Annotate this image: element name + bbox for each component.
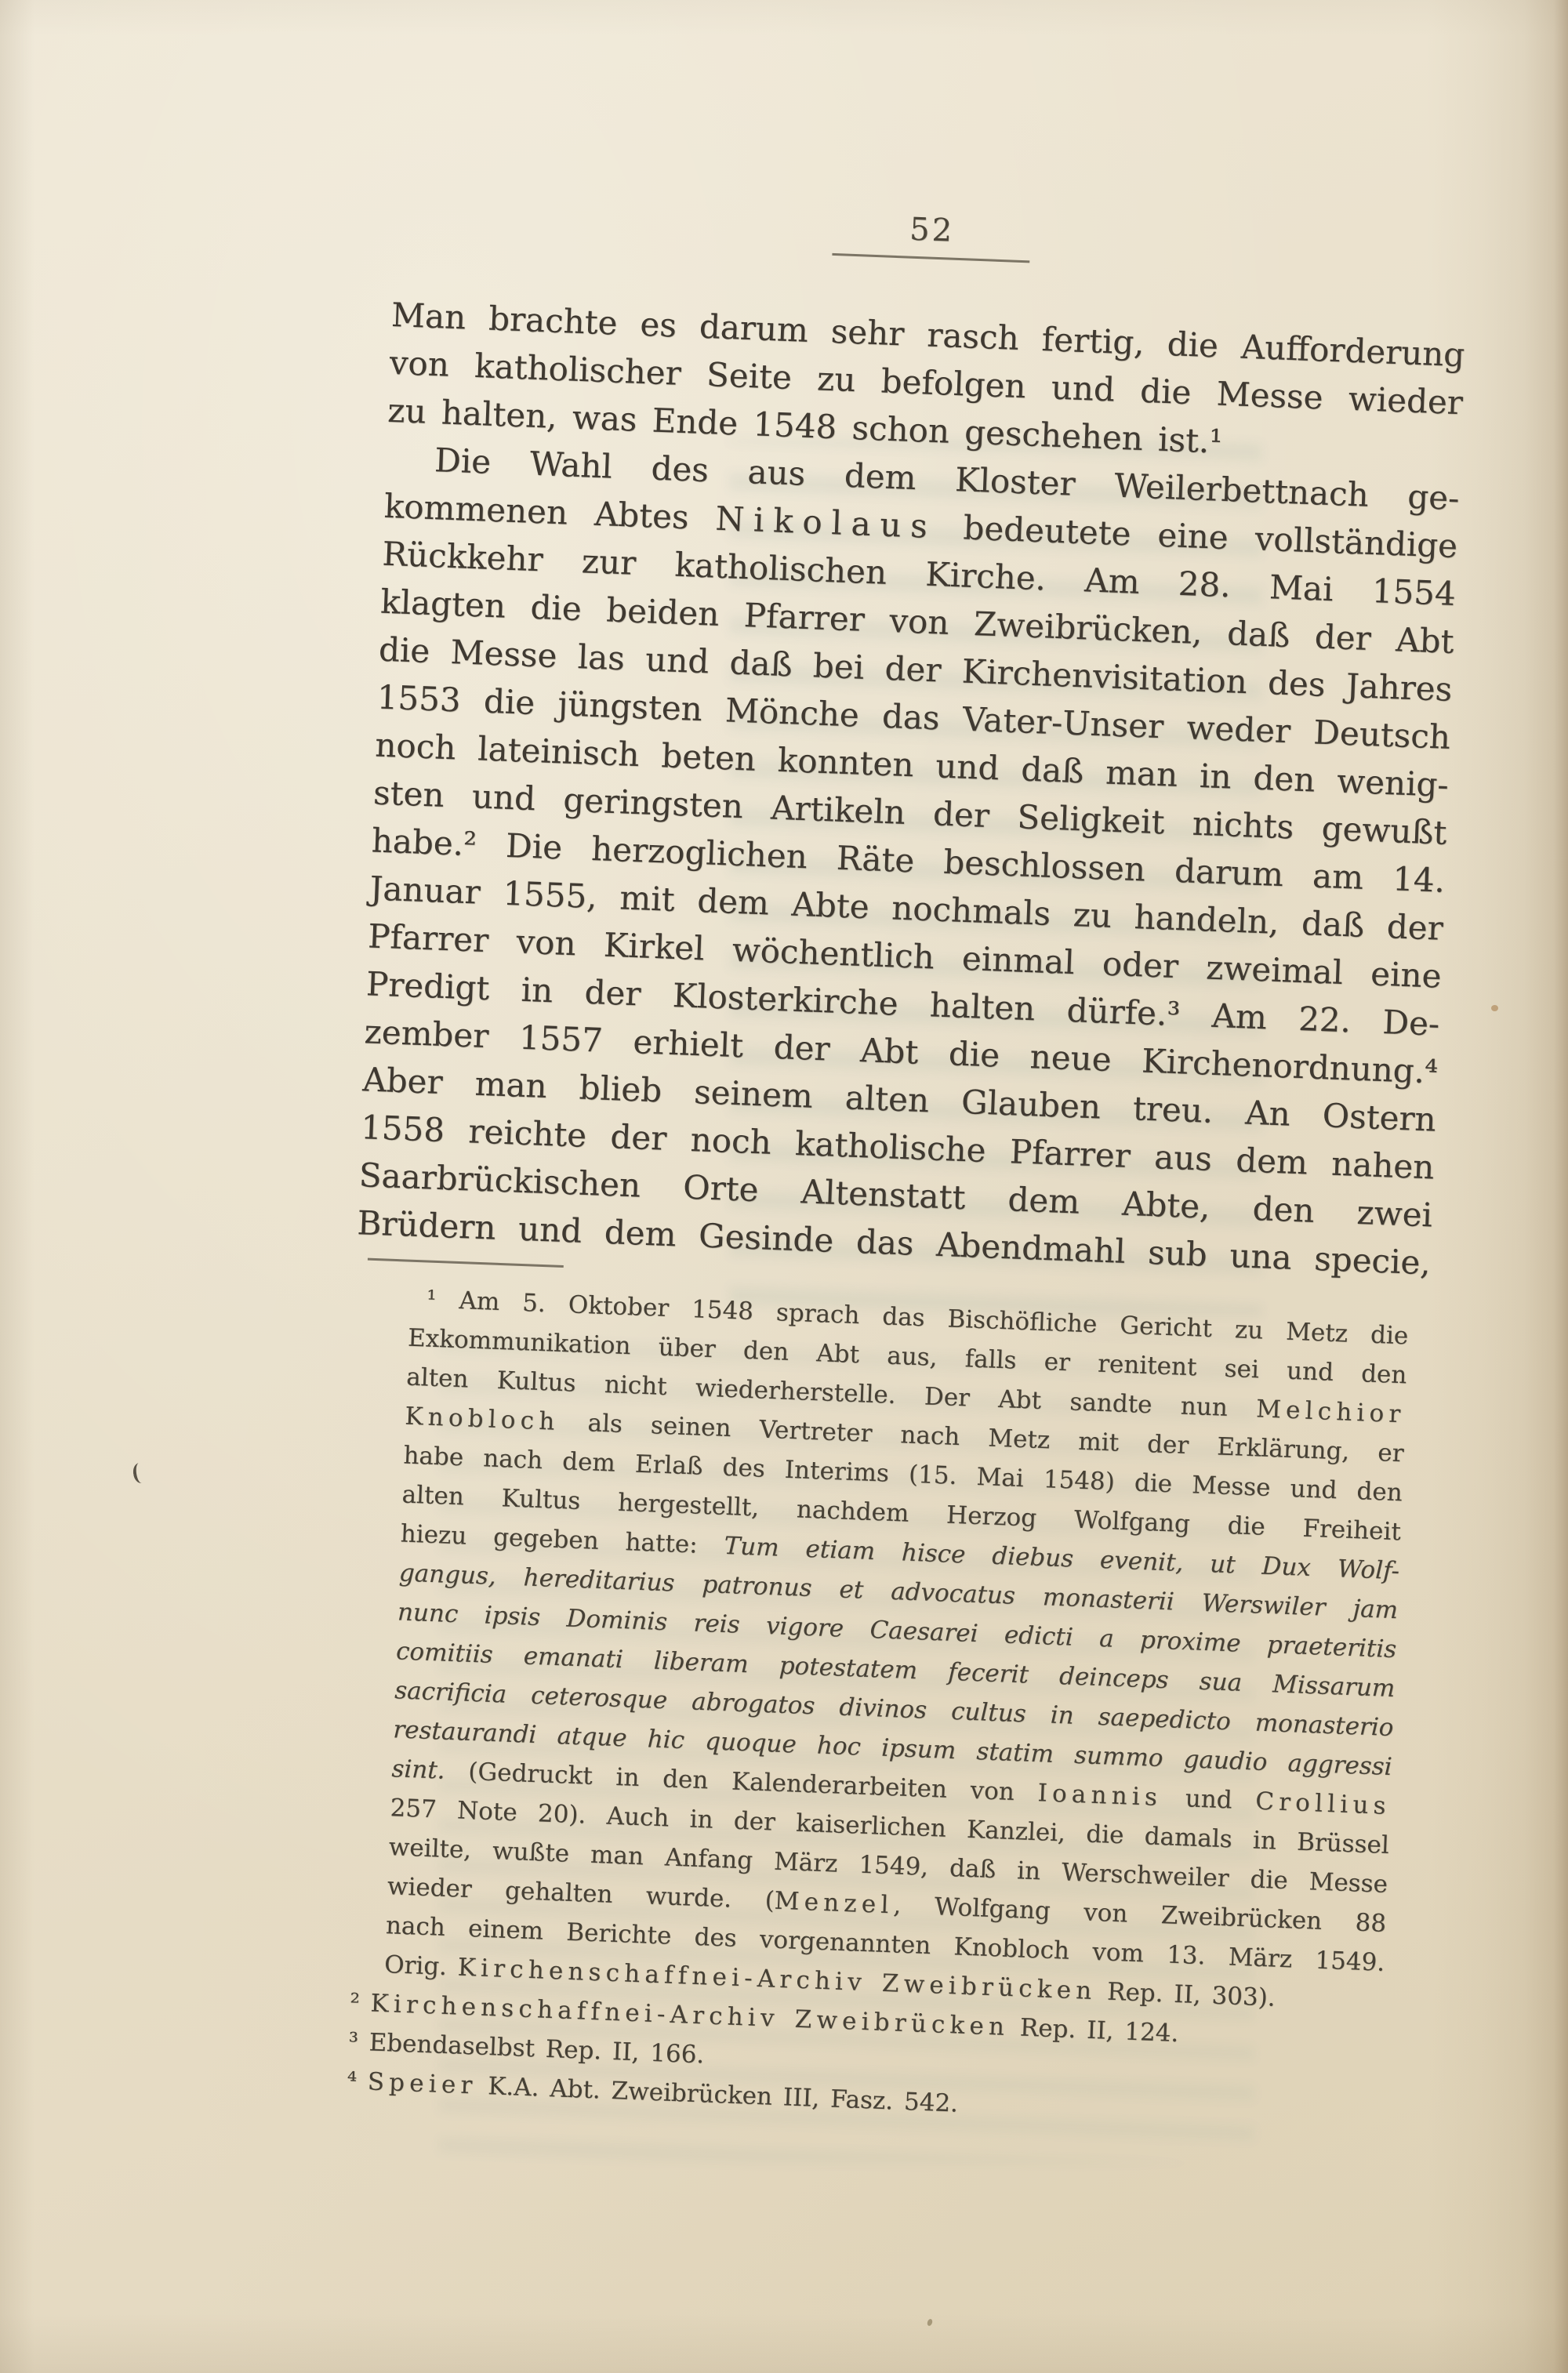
main-text-block: Man brachte es darum sehr rasch fertig, … xyxy=(357,291,1466,1287)
paper-speck-right xyxy=(1491,1005,1498,1011)
page-header-rule xyxy=(832,253,1029,263)
footnote-separator-rule xyxy=(368,1258,564,1268)
page-content: 52 Man brachte es darum sehr rasch ferti… xyxy=(325,193,1469,2140)
footnotes-block: ¹ Am 5. Oktober 1548 sprach das Bischöfl… xyxy=(379,1279,1409,2139)
scanned-book-page: { "page": { "number": "52", "language": … xyxy=(0,0,1568,2373)
